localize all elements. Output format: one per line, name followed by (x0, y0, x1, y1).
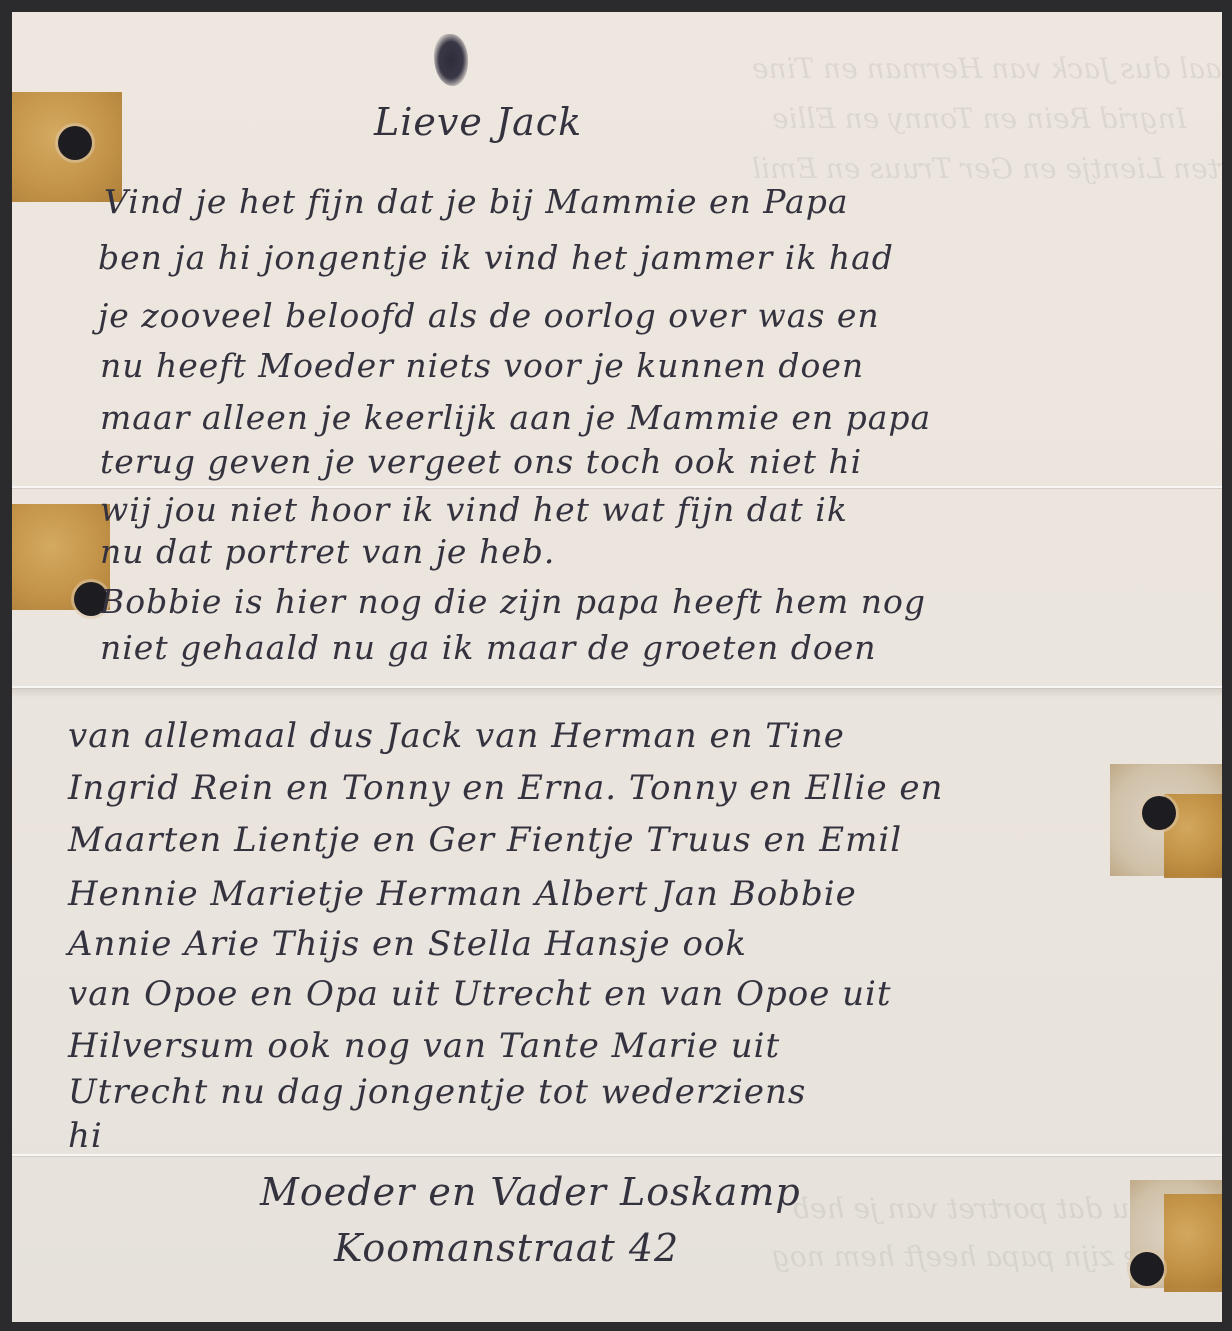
greetings-line: Hennie Marietje Herman Albert Jan Bobbie (68, 874, 857, 914)
body-line: wij jou niet hoor ik vind het wat fijn d… (100, 490, 848, 529)
bleed-through-text: van allemaal dus Jack van Herman en Tine (752, 52, 1222, 85)
body-line: Vind je het fijn dat je bij Mammie en Pa… (104, 182, 849, 221)
body-line: ben ja hi jongentje ik vind het jammer i… (98, 238, 894, 277)
tape-patch (1164, 1194, 1222, 1292)
punch-hole (1142, 796, 1176, 830)
greetings-line: Utrecht nu dag jongentje tot wederziens (68, 1072, 806, 1112)
greetings-line: Maarten Lientje en Ger Fientje Truus en … (68, 820, 902, 860)
greetings-line: Ingrid Rein en Tonny en Erna. Tonny en E… (68, 768, 943, 808)
paper-seam (12, 688, 1222, 698)
fold-crease (12, 1154, 1222, 1156)
greetings-line: van Opoe en Opa uit Utrecht en van Opoe … (68, 974, 892, 1014)
bleed-through-text: nu dat portret van je heb (792, 1192, 1147, 1225)
body-line: nu heeft Moeder niets voor je kunnen doe… (100, 346, 864, 385)
signature: Moeder en Vader Loskamp (260, 1170, 801, 1214)
fold-crease (12, 486, 1222, 488)
body-line: Bobbie is hier nog die zijn papa heeft h… (100, 582, 926, 621)
address: Koomanstraat 42 (334, 1226, 679, 1270)
bleed-through-text: Ingrid Rein en Tonny en Ellie (772, 102, 1187, 135)
greetings-line: Hilversum ook nog van Tante Marie uit (68, 1026, 780, 1066)
greetings-line: van allemaal dus Jack van Herman en Tine (68, 716, 845, 756)
greetings-line: hi (68, 1116, 103, 1156)
punch-hole (1130, 1252, 1164, 1286)
body-line: nu dat portret van je heb. (100, 532, 555, 571)
punch-hole (58, 126, 92, 160)
letter-sheet: van allemaal dus Jack van Herman en Tine… (12, 12, 1222, 1322)
ink-smudge (434, 34, 468, 86)
greetings-line: Annie Arie Thijs en Stella Hansje ook (68, 924, 747, 964)
body-line: niet gehaald nu ga ik maar de groeten do… (100, 628, 877, 667)
salutation: Lieve Jack (374, 100, 582, 144)
body-line: je zooveel beloofd als de oorlog over wa… (98, 296, 880, 335)
bleed-through-text: Maarten Lientje en Ger Truus en Emil (752, 152, 1222, 185)
body-line: maar alleen je keerlijk aan je Mammie en… (100, 398, 931, 437)
body-line: terug geven je vergeet ons toch ook niet… (100, 442, 862, 481)
